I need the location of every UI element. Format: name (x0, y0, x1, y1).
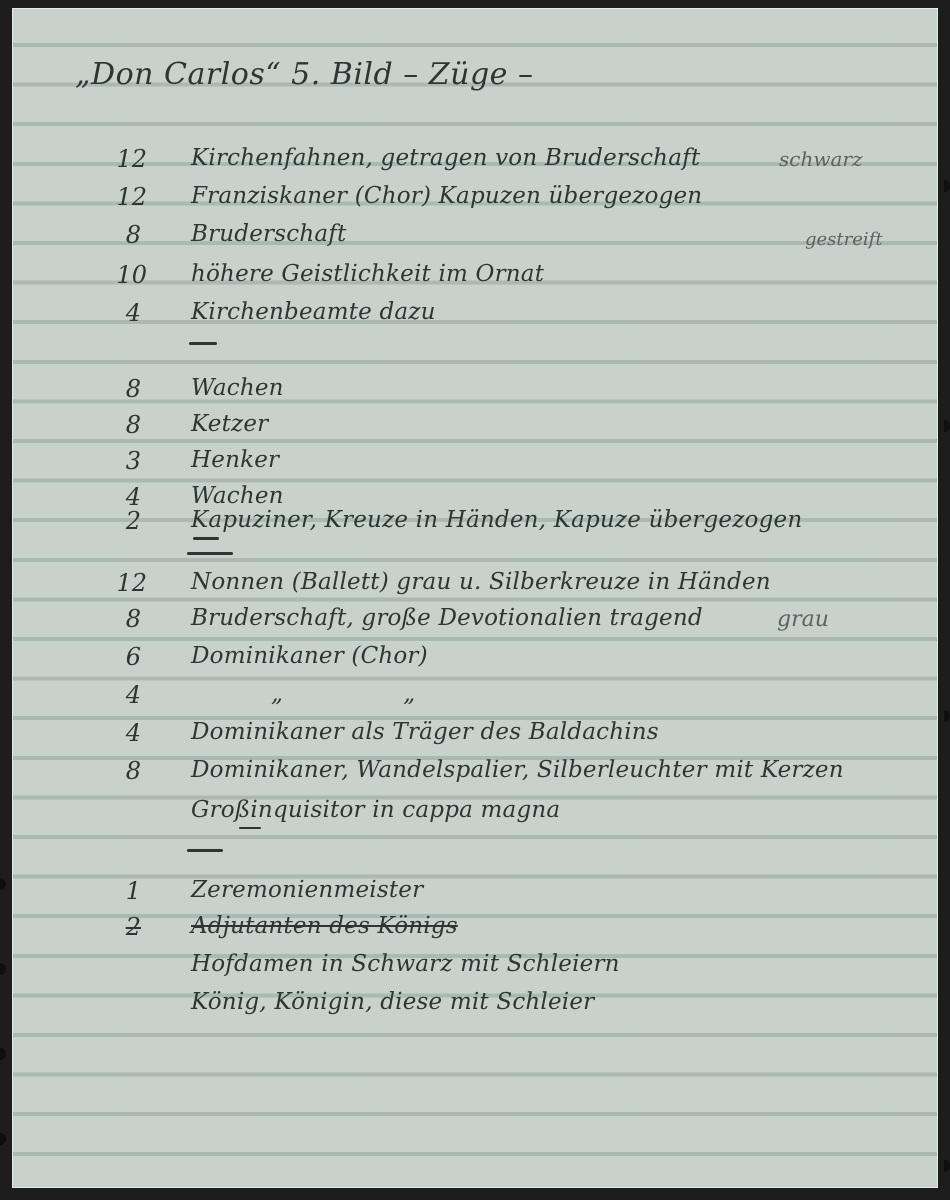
entry-count: 4 (89, 681, 141, 709)
punch-hole (944, 420, 950, 432)
entry-count: 12 (95, 569, 147, 597)
page-title: „Don Carlos“ 5. Bild – Züge – (75, 57, 533, 92)
entry-text: Dominikaner als Träger des Baldachins (191, 719, 659, 745)
entry-text: Kapuziner, Kreuze in Händen, Kapuze über… (191, 507, 802, 533)
underline-mark (193, 537, 219, 540)
entry-text: Henker (191, 447, 279, 473)
entry-text: Großinquisitor in cappa magna (191, 797, 560, 823)
margin-note: gestreift (805, 229, 883, 250)
entry-text: Dominikaner (Chor) (191, 643, 428, 669)
punch-hole (944, 1160, 950, 1172)
entry-text: Wachen (191, 483, 284, 509)
entry-count: 6 (89, 643, 141, 671)
entry-count: 8 (89, 411, 141, 439)
entry-count: 2 (89, 507, 141, 535)
entry-text: Nonnen (Ballett) grau u. Silberkreuze in… (191, 569, 771, 595)
entry-text: Ketzer (191, 411, 268, 437)
ditto-marks: „ „ (271, 681, 415, 707)
entry-text: Hofdamen in Schwarz mit Schleiern (191, 951, 620, 977)
entry-text: Adjutanten des Königs (191, 913, 458, 939)
entry-text: Franziskaner (Chor) Kapuzen übergezogen (191, 183, 702, 209)
punch-hole (0, 963, 6, 975)
entry-count: 1 (89, 877, 141, 905)
punch-hole (944, 710, 950, 722)
section-divider (187, 552, 233, 555)
section-divider (189, 342, 217, 345)
entry-count: 4 (89, 719, 141, 747)
entry-text: König, Königin, diese mit Schleier (191, 989, 594, 1015)
manuscript-page: „Don Carlos“ 5. Bild – Züge – 12 Kirchen… (12, 8, 938, 1188)
punch-hole (0, 1048, 6, 1060)
entry-text: Kirchenfahnen, getragen von Bruderschaft (191, 145, 700, 171)
underline-mark (239, 827, 261, 829)
entry-text: Bruderschaft, große Devotionalien tragen… (191, 605, 703, 631)
entry-text: Wachen (191, 375, 284, 401)
entry-count: 8 (89, 605, 141, 633)
section-divider (187, 849, 223, 852)
entry-count: 2 (89, 913, 141, 941)
punch-hole (0, 1133, 6, 1145)
entry-count: 8 (89, 375, 141, 403)
entry-count: 10 (95, 261, 147, 289)
punch-hole (0, 878, 6, 890)
entry-text: höhere Geistlichkeit im Ornat (191, 261, 544, 287)
entry-count: 4 (89, 299, 141, 327)
entry-text: Bruderschaft (191, 221, 346, 247)
entry-count: 3 (89, 447, 141, 475)
margin-note: grau (777, 607, 829, 632)
entry-text: Dominikaner, Wandelspalier, Silberleucht… (191, 757, 844, 783)
entry-count: 8 (89, 757, 141, 785)
entry-text: Zeremonienmeister (191, 877, 423, 903)
entry-text: Kirchenbeamte dazu (191, 299, 436, 325)
entry-count: 8 (89, 221, 141, 249)
margin-note: schwarz (779, 147, 863, 171)
punch-hole (944, 180, 950, 192)
entry-count: 12 (95, 183, 147, 211)
entry-count: 12 (95, 145, 147, 173)
